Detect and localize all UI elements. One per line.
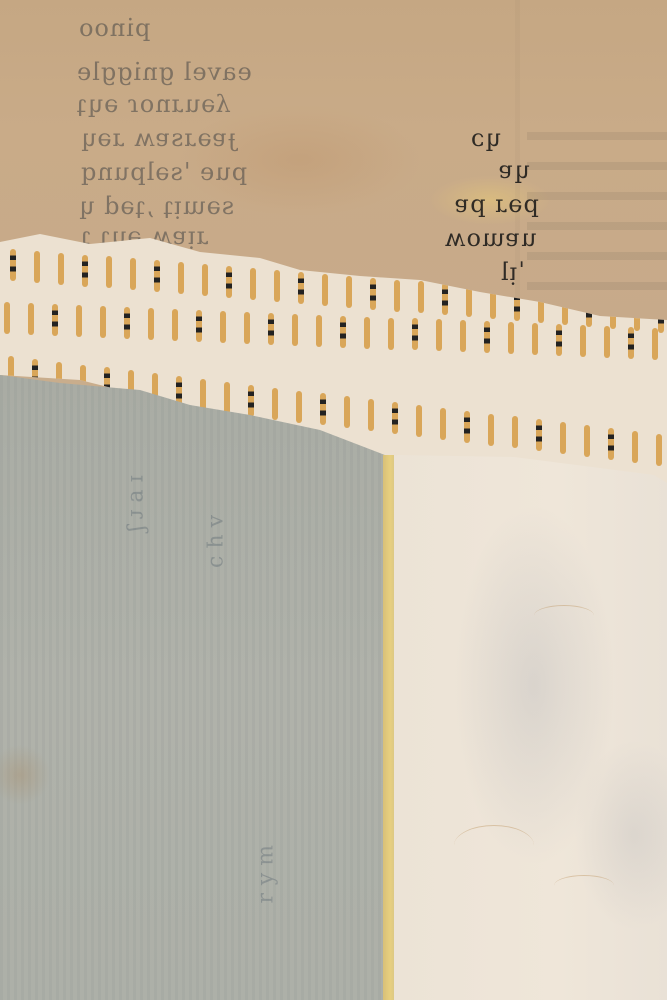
- dash-mark: [604, 326, 610, 358]
- dash-mark: [298, 272, 304, 304]
- dash-mark: [346, 276, 352, 308]
- dash-mark: [632, 431, 638, 463]
- dash-mark: [178, 262, 184, 294]
- dash-mark: [368, 399, 374, 431]
- news-text-line: eavel gniggle: [76, 58, 252, 86]
- dash-mark: [272, 388, 278, 420]
- dash-mark: [512, 416, 518, 448]
- dash-mark: [416, 405, 422, 437]
- cream-panel-layer: [394, 455, 667, 1000]
- dash-mark: [508, 322, 514, 354]
- news-text-line: pue 'səlpunq: [80, 158, 247, 186]
- dash-mark: [364, 317, 370, 349]
- dash-mark: [320, 393, 326, 425]
- dash-mark: [248, 385, 254, 417]
- dash-mark: [440, 408, 446, 440]
- dash-mark: [532, 323, 538, 355]
- faded-news-column: [527, 110, 667, 310]
- dash-mark: [10, 249, 16, 281]
- dash-mark: [656, 434, 662, 466]
- dash-mark: [292, 314, 298, 346]
- dash-mark: [148, 308, 154, 340]
- dash-mark: [226, 266, 232, 298]
- fiber-strand: [554, 875, 614, 896]
- dash-mark: [436, 319, 442, 351]
- dash-mark: [628, 327, 634, 359]
- dash-mark: [224, 382, 230, 414]
- news-fragment: ˈᴉl: [500, 258, 525, 286]
- dash-mark: [560, 422, 566, 454]
- dash-mark: [652, 328, 658, 360]
- dash-mark: [488, 414, 494, 446]
- dash-mark: [250, 268, 256, 300]
- dash-mark: [130, 258, 136, 290]
- dash-mark: [82, 255, 88, 287]
- news-fragment: uɐɯoʍ: [444, 224, 537, 252]
- fiber-strand: [534, 605, 594, 626]
- dash-mark: [536, 419, 542, 451]
- dash-mark: [124, 307, 130, 339]
- dash-mark: [392, 402, 398, 434]
- news-text-line: səɯᴉʇ ,ʇəd ɥ: [78, 192, 234, 220]
- news-fragment: ɥɔ: [470, 124, 501, 152]
- dash-mark: [484, 321, 490, 353]
- dash-mark: [394, 280, 400, 312]
- dash-mark: [202, 264, 208, 296]
- dash-mark: [370, 278, 376, 310]
- ghost-text: ɯ ʎ ɹ: [255, 845, 280, 903]
- dash-mark: [196, 310, 202, 342]
- gray-tissue-layer: ɪ ɐ ɾ ʃ ʌ ɥ ɔ ɯ ʎ ɹ: [0, 375, 395, 1000]
- dash-mark: [460, 320, 466, 352]
- ghost-text: ʌ ɥ ɔ: [205, 515, 230, 568]
- ghost-text: ɪ ɐ ɾ ʃ: [125, 475, 150, 532]
- dash-mark: [220, 311, 226, 343]
- dash-mark: [316, 315, 322, 347]
- dash-mark: [58, 253, 64, 285]
- dash-mark: [52, 304, 58, 336]
- dash-mark: [412, 318, 418, 350]
- dash-mark: [296, 391, 302, 423]
- dash-mark: [268, 313, 274, 345]
- dash-mark: [388, 318, 394, 350]
- dash-mark: [28, 303, 34, 335]
- dash-mark: [322, 274, 328, 306]
- dash-mark: [464, 411, 470, 443]
- dash-mark: [154, 260, 160, 292]
- dash-mark: [580, 325, 586, 357]
- dash-mark: [200, 379, 206, 411]
- fiber-strand: [454, 825, 534, 866]
- dash-mark: [442, 283, 448, 315]
- dash-mark: [608, 428, 614, 460]
- dash-mark: [274, 270, 280, 302]
- dash-mark: [172, 309, 178, 341]
- news-text-line: pinoo: [78, 14, 150, 42]
- dash-mark: [4, 302, 10, 334]
- dash-mark: [106, 256, 112, 288]
- news-text-line: ɟɐəɹsɐʍ ɹəɥ: [80, 124, 236, 152]
- dash-mark: [584, 425, 590, 457]
- dash-mark: [100, 306, 106, 338]
- dash-mark: [340, 316, 346, 348]
- dash-mark: [76, 305, 82, 337]
- dash-mark: [344, 396, 350, 428]
- dash-mark: [34, 251, 40, 283]
- news-text-line: ʎəuɹnoɾ əɥʇ: [76, 90, 230, 118]
- dash-mark: [556, 324, 562, 356]
- news-fragment: ɥɐ: [498, 156, 530, 184]
- dash-mark: [244, 312, 250, 344]
- dash-mark: [418, 281, 424, 313]
